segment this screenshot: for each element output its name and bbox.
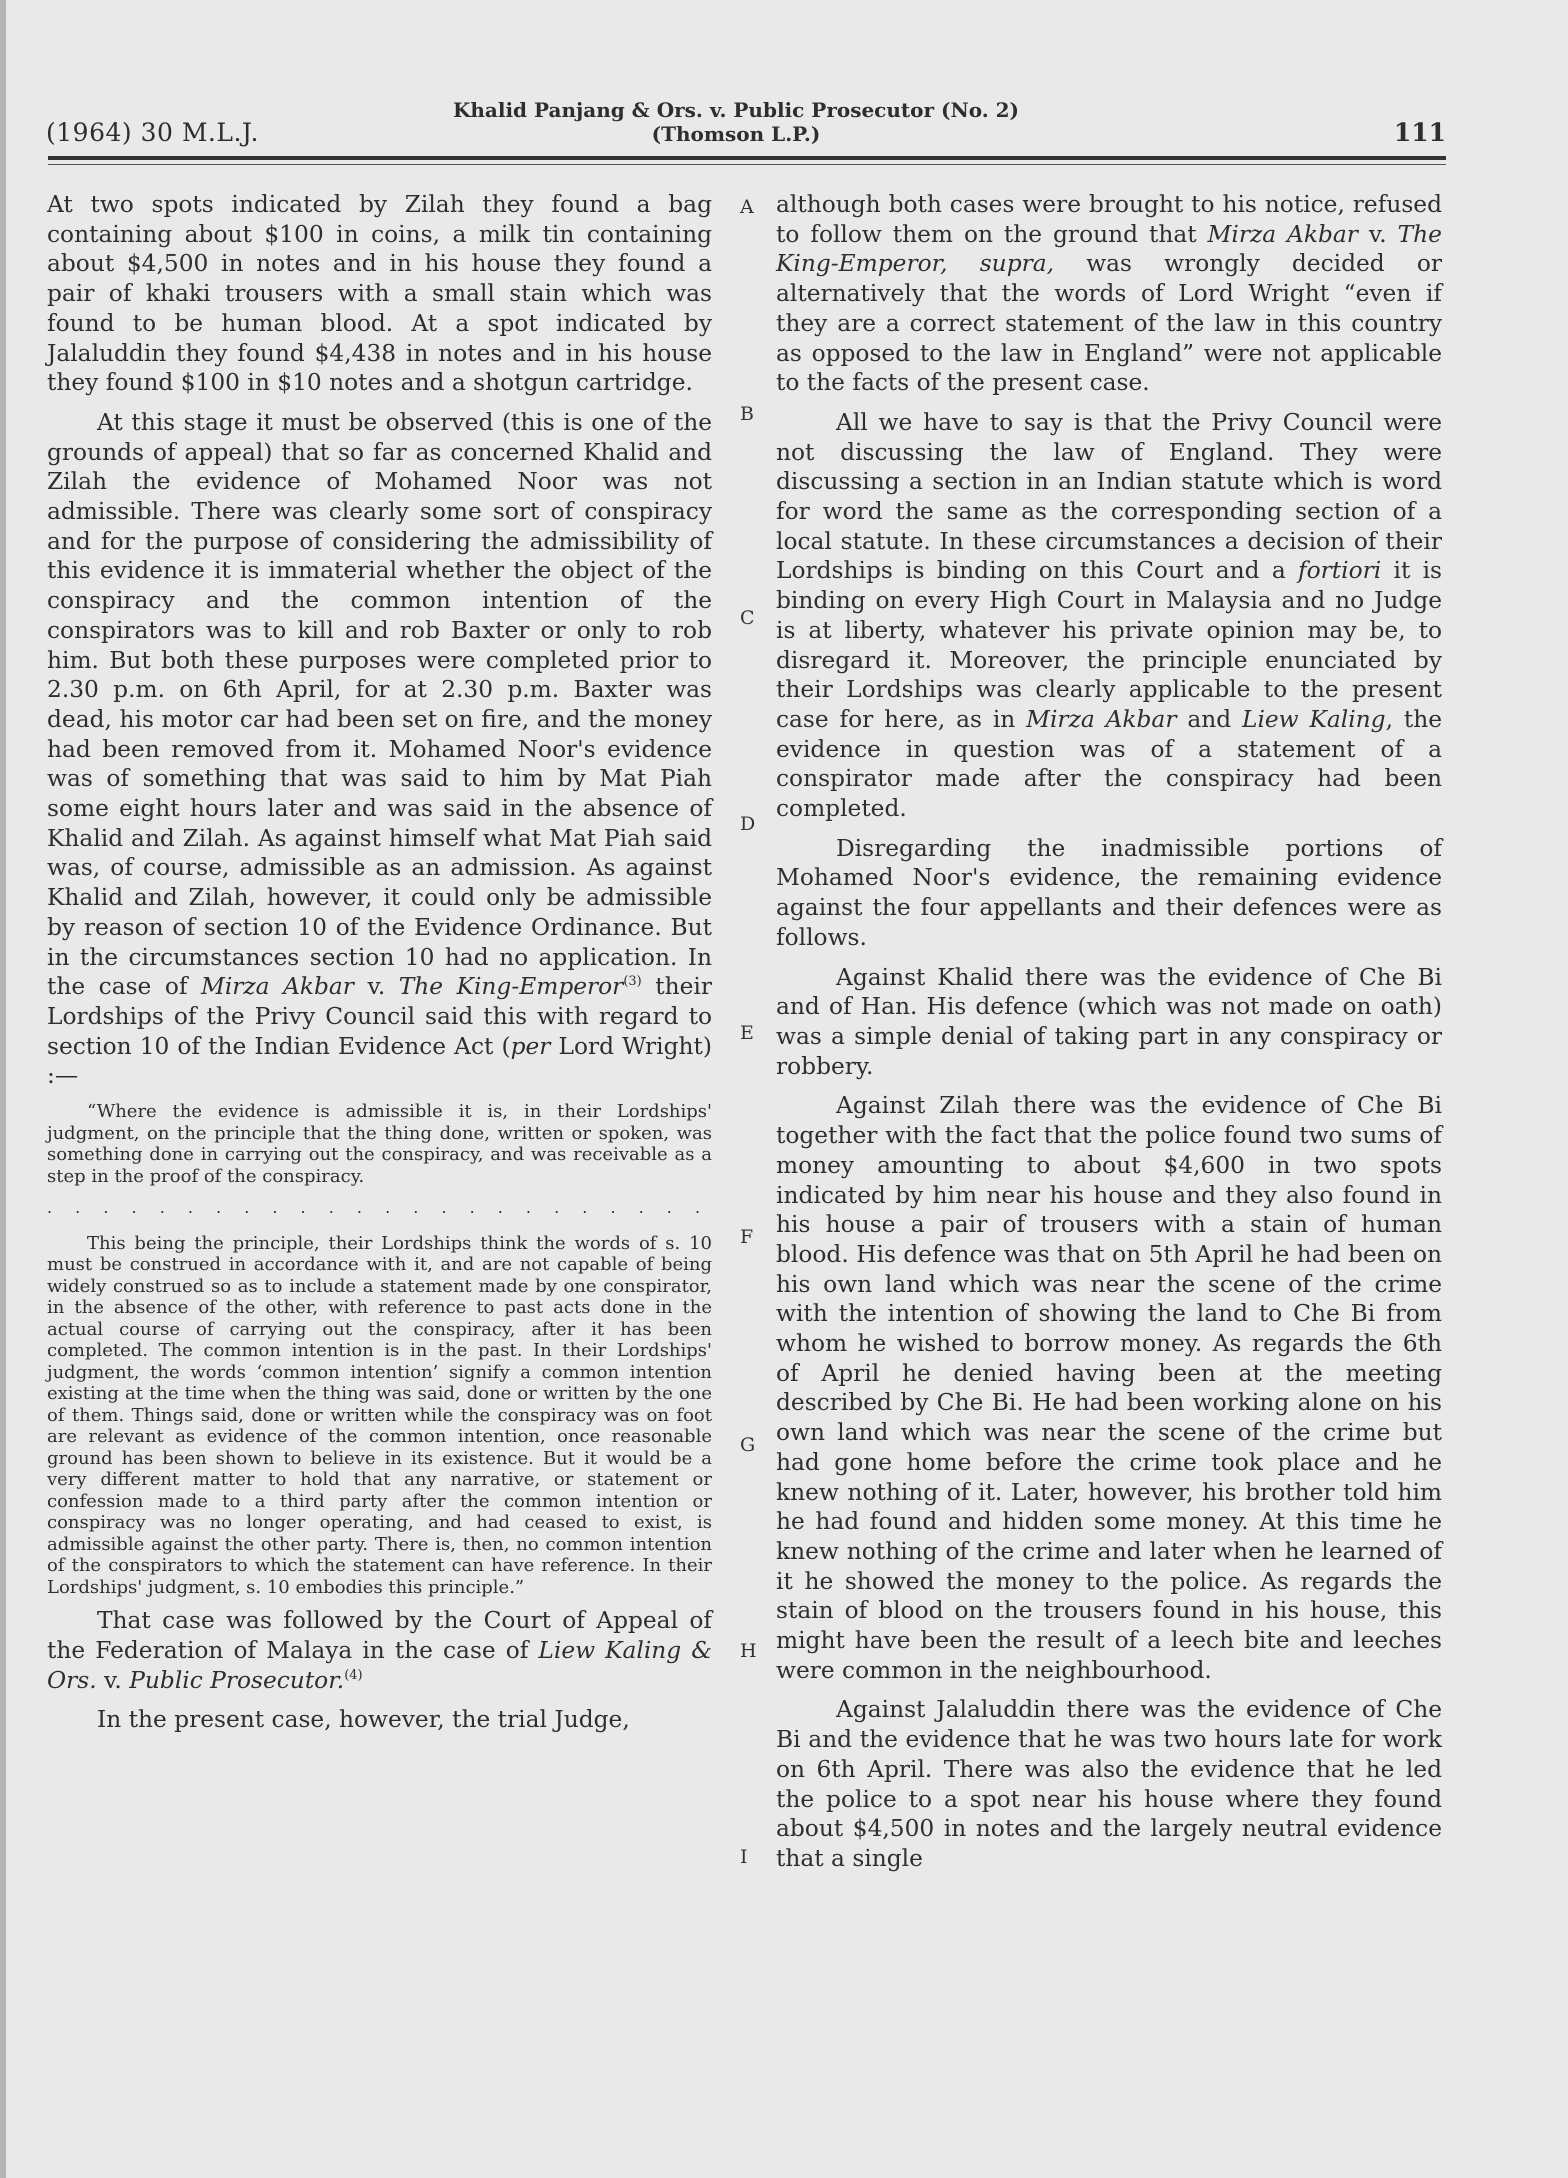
text-run: At this stage it must be observed (this …	[47, 409, 712, 1000]
ellipsis-line: . . . . . . . . . . . . . . . . . . . . …	[47, 1197, 712, 1219]
italic-term: fortiori	[1298, 557, 1381, 584]
paragraph: Against Zilah there was the evidence of …	[776, 1091, 1442, 1685]
paragraph: Disregarding the inadmissible portions o…	[776, 834, 1442, 953]
quote-paragraph: This being the principle, their Lordship…	[47, 1233, 712, 1599]
paragraph: All we have to say is that the Privy Cou…	[776, 408, 1442, 824]
footnote-ref: (3)	[623, 975, 641, 990]
header-rule-thick	[48, 156, 1446, 160]
margin-marker-a: A	[740, 196, 754, 218]
paragraph: In the present case, however, the trial …	[47, 1705, 712, 1735]
case-name: Mirza Akbar	[201, 973, 354, 1000]
margin-marker-c: C	[740, 607, 755, 629]
case-title-block: Khalid Panjang & Ors. v. Public Prosecut…	[376, 98, 1096, 146]
judge-name: (Thomson L.P.)	[376, 122, 1096, 146]
paragraph: although both cases were brought to his …	[776, 190, 1442, 398]
margin-marker-b: B	[740, 403, 754, 425]
case-name: Public Prosecutor.	[129, 1667, 344, 1694]
case-name: The King-Emperor	[399, 973, 624, 1000]
case-name: Liew Kaling	[1242, 706, 1386, 733]
margin-marker-f: F	[740, 1226, 753, 1248]
italic-term: per	[511, 1033, 551, 1060]
case-title: Khalid Panjang & Ors. v. Public Prosecut…	[376, 98, 1096, 122]
text-run: v.	[1358, 221, 1398, 248]
margin-marker-h: H	[740, 1640, 757, 1662]
case-name: Mirza Akbar	[1208, 221, 1358, 248]
margin-marker-e: E	[740, 1022, 754, 1044]
quote-paragraph: “Where the evidence is admissible it is,…	[47, 1101, 712, 1187]
left-column: At two spots indicated by Zilah they fou…	[47, 190, 712, 1745]
margin-marker-i: I	[740, 1846, 748, 1868]
paragraph: Against Khalid there was the evidence of…	[776, 963, 1442, 1082]
block-quote: “Where the evidence is admissible it is,…	[47, 1101, 712, 1598]
paragraph: Against Jalaluddin there was the evidenc…	[776, 1695, 1442, 1873]
margin-marker-g: G	[740, 1434, 755, 1456]
running-header: (1964) 30 M.L.J. Khalid Panjang & Ors. v…	[46, 98, 1446, 148]
paragraph: That case was followed by the Court of A…	[47, 1606, 712, 1695]
paragraph: At two spots indicated by Zilah they fou…	[47, 190, 712, 398]
text-run: v.	[354, 973, 399, 1000]
header-rule-thin	[48, 164, 1446, 165]
text-run: and	[1176, 706, 1242, 733]
text-run: v.	[97, 1667, 130, 1694]
footnote-ref: (4)	[344, 1668, 362, 1683]
page-number: 111	[1394, 118, 1446, 147]
report-citation: (1964) 30 M.L.J.	[46, 118, 259, 147]
case-name: Mirza Akbar	[1026, 706, 1176, 733]
paragraph: At this stage it must be observed (this …	[47, 408, 712, 1091]
right-column: although both cases were brought to his …	[776, 190, 1442, 1884]
margin-marker-d: D	[740, 813, 755, 835]
page-edge	[0, 0, 6, 2178]
